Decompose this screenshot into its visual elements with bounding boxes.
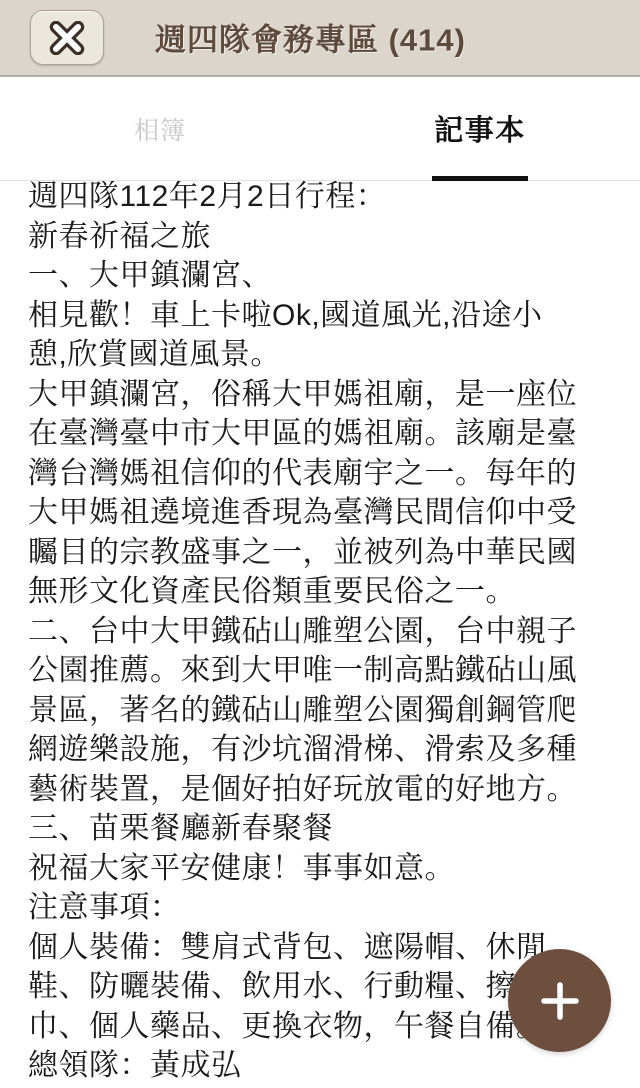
x-icon — [48, 21, 86, 55]
note-line: 藝術裝置，是個好拍好玩放電的好地方。 — [28, 770, 620, 810]
note-line: 二、台中大甲鐵砧山雕塑公園，台中親子 — [28, 612, 620, 652]
note-line: 景區，著名的鐵砧山雕塑公園獨創鋼管爬 — [28, 691, 620, 731]
group-notes-screen: { "header": { "title": "週四隊會務專區 (414)", … — [0, 0, 640, 1088]
tab-notes-label: 記事本 — [434, 108, 526, 149]
note-line: 週四隊112年2月2日行程： — [28, 177, 620, 217]
add-note-button[interactable] — [508, 949, 611, 1052]
note-line: 總領隊：黃成弘 — [28, 1046, 620, 1086]
close-button[interactable] — [30, 10, 104, 65]
plus-icon — [541, 982, 579, 1020]
note-line: 大甲鎮瀾宮，俗稱大甲媽祖廟，是一座位 — [28, 375, 620, 415]
note-line: 祝福大家平安健康！事事如意。 — [28, 849, 620, 889]
note-line: 無形文化資產民俗類重要民俗之一。 — [28, 572, 620, 612]
note-line: 新春祈福之旅 — [28, 217, 620, 257]
tab-album[interactable]: 相簿 — [0, 77, 320, 180]
tab-bar: 相簿 記事本 — [0, 77, 640, 181]
tab-notes[interactable]: 記事本 — [320, 77, 640, 180]
note-line: 憩,欣賞國道風景。 — [28, 335, 620, 375]
note-line: 三、苗栗餐廳新春聚餐 — [28, 809, 620, 849]
note-line: 一、大甲鎮瀾宮、 — [28, 256, 620, 296]
note-line: 網遊樂設施，有沙坑溜滑梯、滑索及多種 — [28, 730, 620, 770]
note-line: 大甲媽祖遶境進香現為臺灣民間信仰中受 — [28, 493, 620, 533]
tab-album-label: 相簿 — [134, 111, 186, 147]
note-line: 在臺灣臺中市大甲區的媽祖廟。該廟是臺 — [28, 414, 620, 454]
note-line: 相見歡！車上卡啦Ok,國道風光,沿途小 — [28, 296, 620, 336]
note-line: 公園推薦。來到大甲唯一制高點鐵砧山風 — [28, 651, 620, 691]
header: 週四隊會務專區 (414) — [0, 0, 640, 77]
note-line: 矚目的宗教盛事之一，並被列為中華民國 — [28, 533, 620, 573]
note-line: 注意事項： — [28, 888, 620, 928]
note-line: 灣台灣媽祖信仰的代表廟宇之一。每年的 — [28, 454, 620, 494]
page-title: 週四隊會務專區 (414) — [155, 14, 466, 59]
active-tab-underline — [432, 176, 528, 181]
